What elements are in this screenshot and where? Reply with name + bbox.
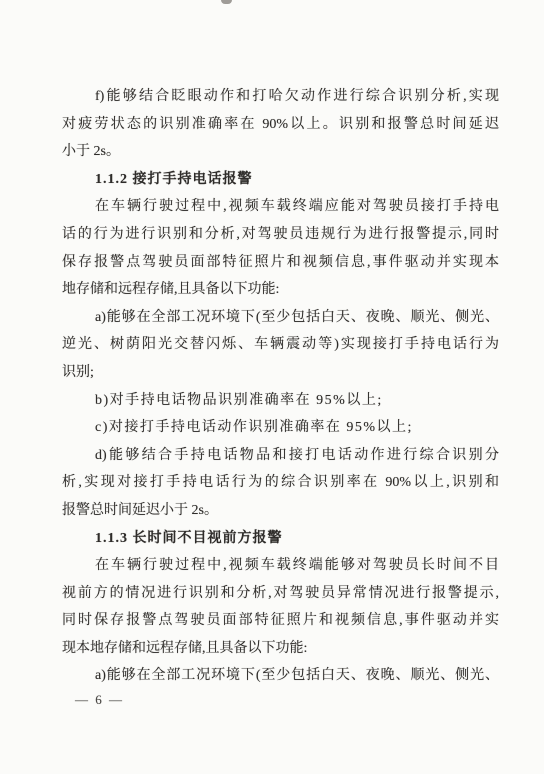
body-text-line: c)对接打手持电话动作识别准确率在 95%以上; <box>62 414 499 442</box>
body-text-line: a)能够在全部工况环境下(至少包括白天、夜晚、顺光、侧光、 <box>62 304 499 332</box>
body-text-line: 现本地存储和远程存储,且具备以下功能: <box>62 635 499 663</box>
page-number: — 6 — <box>75 692 499 708</box>
body-text-line: d)能够结合手持电话物品和接打电话动作进行综合识别分 <box>62 442 499 470</box>
body-text-line: f)能够结合眨眼动作和打哈欠动作进行综合识别分析,实现 <box>62 83 499 111</box>
body-text-line: 保存报警点驾驶员面部特征照片和视频信息,事件驱动并实现本 <box>62 249 499 277</box>
clause-heading: 1.1.2 接打手持电话报警 <box>62 166 499 194</box>
scan-artifact <box>221 0 232 4</box>
body-text-line: a)能够在全部工况环境下(至少包括白天、夜晚、顺光、侧光、 <box>62 662 499 690</box>
body-text-line: 析,实现对接打手持电话行为的综合识别率在 90%以上,识别和 <box>62 469 499 497</box>
body-text-line: 对疲劳状态的识别准确率在 90%以上。识别和报警总时间延迟 <box>62 111 499 139</box>
clause-heading: 1.1.3 长时间不目视前方报警 <box>62 525 499 553</box>
body-text-line: 逆光、树荫阳光交替闪烁、车辆震动等)实现接打手持电话行为 <box>62 331 499 359</box>
body-text-line: 话的行为进行识别和分析,对驾驶员违规行为进行报警提示,同时 <box>62 221 499 249</box>
scanned-document-page: f)能够结合眨眼动作和打哈欠动作进行综合识别分析,实现 对疲劳状态的识别准确率在… <box>0 0 544 774</box>
body-text-line: 小于 2s。 <box>62 138 499 166</box>
body-text-line: 视前方的情况进行识别和分析,对驾驶员异常情况进行报警提示, <box>62 580 499 608</box>
document-body: f)能够结合眨眼动作和打哈欠动作进行综合识别分析,实现 对疲劳状态的识别准确率在… <box>62 83 499 708</box>
body-text-line: 在车辆行驶过程中,视频车载终端能够对驾驶员长时间不目 <box>62 552 499 580</box>
body-text-line: b)对手持电话物品识别准确率在 95%以上; <box>62 387 499 415</box>
body-text-line: 同时保存报警点驾驶员面部特征照片和视频信息,事件驱动并实 <box>62 607 499 635</box>
body-text-line: 在车辆行驶过程中,视频车载终端应能对驾驶员接打手持电 <box>62 193 499 221</box>
body-text-line: 地存储和远程存储,且具备以下功能: <box>62 276 499 304</box>
body-text-line: 报警总时间延迟小于 2s。 <box>62 497 499 525</box>
body-text-line: 识别; <box>62 359 499 387</box>
